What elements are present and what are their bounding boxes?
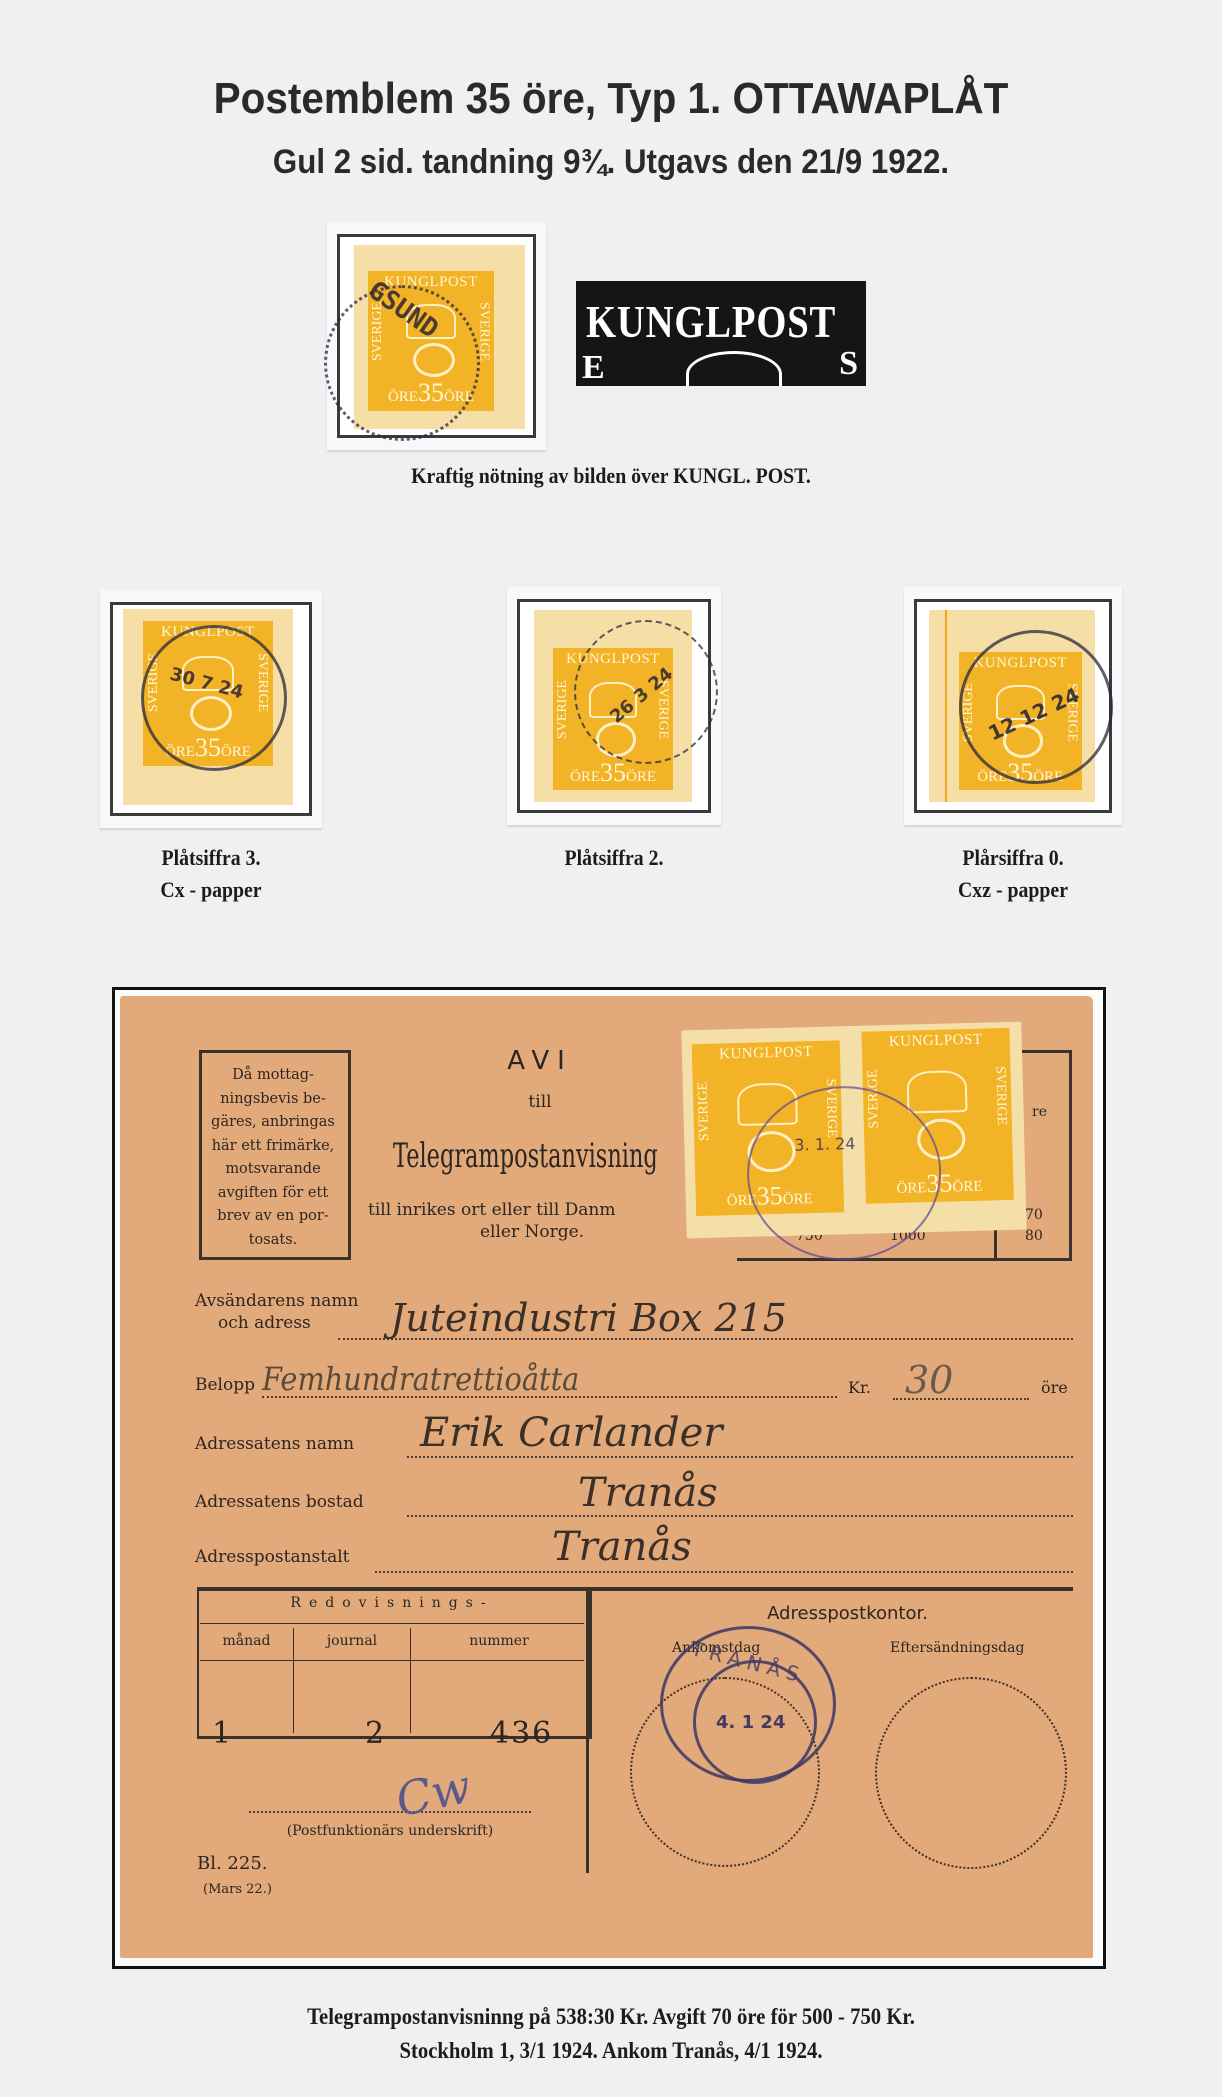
mount-frame: KUNGLPOST SVERIGE SVERIGE ÖRE35ÖRE GSUND [337, 234, 536, 438]
fee-value-70: 70 [1025, 1207, 1043, 1223]
postmark-date: 3. 1. 24 [794, 1134, 856, 1155]
stamp: KUNGLPOST SVERIGE SVERIGE ÖRE35ÖRE 26 3 … [534, 610, 692, 802]
stamp-mount-3: KUNGLPOST SVERIGE SVERIGE ÖRE35ÖRE 12 12… [904, 587, 1122, 825]
vertical-divider [586, 1590, 589, 1873]
form-number: Bl. 225. [197, 1853, 268, 1874]
bottom-caption-line-2: Stockholm 1, 3/1 1924. Ankom Tranås, 4/1… [61, 2034, 1161, 2068]
recipient-label: Adressatens namn [195, 1434, 354, 1454]
stamp-side-text: SVERIGE [991, 1066, 1009, 1126]
sender-value: Juteindustri Box 215 [390, 1296, 787, 1340]
caption-paper: Cx - papper [111, 874, 311, 906]
accounting-header: Redovisnings- [197, 1595, 587, 1611]
col-header-month: månad [200, 1633, 293, 1649]
signature-line [249, 1811, 531, 1813]
caption-plate-number: Plåtsiffra 2. [518, 842, 711, 874]
page-title: Postemblem 35 öre, Typ 1. OTTAWAPLÅT [49, 74, 1173, 124]
table-rule [200, 1660, 584, 1661]
enlargement-text: KUNGLPOST [586, 295, 836, 348]
value-number: 436 [490, 1716, 553, 1751]
fee-col-header: re [1032, 1104, 1047, 1120]
table-rule [200, 1623, 584, 1624]
recipient-value: Erik Carlander [420, 1410, 722, 1456]
post-office-field-line [375, 1571, 1073, 1573]
col-header-journal: journal [294, 1633, 410, 1649]
stamp: KUNGLPOST SVERIGE SVERIGE ÖRE35ÖRE 30 7 … [123, 609, 293, 805]
sender-label: Avsändarens namn och adress [195, 1290, 358, 1334]
card-form-subtitle-2: eller Norge. [480, 1222, 584, 1242]
address-office-title: Adresspostkontor. [700, 1603, 995, 1624]
fee-value-80: 80 [1025, 1228, 1043, 1244]
stamp-top-text: KUNGLPOST [692, 1044, 840, 1065]
crown-icon [907, 1070, 967, 1113]
mount-frame: KUNGLPOST SVERIGE SVERIGE ÖRE35ÖRE 30 7 … [110, 602, 312, 816]
card-form-subtitle: till inrikes ort eller till Danm [368, 1200, 616, 1220]
mount-frame: KUNGLPOST SVERIGE SVERIGE ÖRE35ÖRE 12 12… [914, 599, 1112, 813]
enlargement-image: KUNGLPOST E S [576, 281, 866, 386]
form-date: (Mars 22.) [203, 1882, 272, 1897]
page-subtitle: Gul 2 sid. tandning 9¾. Utgavs den 21/9 … [49, 143, 1173, 182]
card-till: till [440, 1092, 640, 1112]
stamp-mount-2: KUNGLPOST SVERIGE SVERIGE ÖRE35ÖRE 26 3 … [507, 587, 721, 825]
stamp-side-text: SVERIGE [555, 680, 571, 739]
postmark [141, 625, 287, 771]
value-journal: 2 [365, 1716, 384, 1751]
card-heading: AVI [440, 1046, 640, 1076]
amount-label: Belopp [195, 1375, 255, 1395]
stamp-mount-top: KUNGLPOST SVERIGE SVERIGE ÖRE35ÖRE GSUND [327, 222, 546, 450]
enlargement-letter-e: E [582, 349, 605, 386]
residence-value: Tranås [578, 1470, 718, 1516]
stamp-pair: KUNGLPOST SVERIGE SVERIGE ÖRE35ÖRE KUNGL… [681, 1022, 1026, 1239]
col-header-number: nummer [411, 1633, 587, 1649]
value-month: 1 [212, 1716, 231, 1751]
residence-field-line [407, 1515, 1073, 1517]
arrival-postmark-date: 4. 1 24 [716, 1712, 785, 1733]
instruction-text: Då mottag-ningsbevis be-gäres, anbringas… [202, 1064, 344, 1252]
caption-plate-number: Plårsiffra 0. [915, 842, 1111, 874]
ore-label: öre [1041, 1378, 1068, 1397]
forward-label: Eftersändningsdag [890, 1640, 1024, 1656]
bottom-caption: Telegrampostanvisninng på 538:30 Kr. Avg… [61, 2000, 1161, 2068]
stamp: KUNGLPOST SVERIGE SVERIGE ÖRE35ÖRE GSUND [354, 245, 525, 429]
caption-paper: Cxz - papper [915, 874, 1111, 906]
plate-line [945, 610, 947, 802]
kr-label: Kr. [848, 1378, 871, 1397]
post-office-label: Adresspostanstalt [195, 1547, 350, 1567]
amount-value: Femhundratrettioåtta [262, 1360, 579, 1398]
crown-detail-icon [686, 351, 782, 386]
caption-plate-number: Plåtsiffra 3. [111, 842, 311, 874]
recipient-field-line [407, 1456, 1073, 1458]
stamp-caption-2: Plåtsiffra 2. [518, 842, 711, 874]
ore-value: 30 [905, 1358, 953, 1402]
residence-label: Adressatens bostad [195, 1492, 364, 1512]
stamp-side-text: SVERIGE [696, 1082, 714, 1142]
forward-date-circle [875, 1677, 1067, 1869]
enlargement-letter-s: S [839, 345, 858, 383]
top-caption: Kraftig nötning av bilden över KUNGL. PO… [61, 460, 1161, 492]
stamp-top-text: KUNGLPOST [862, 1031, 1010, 1052]
bottom-caption-line-1: Telegrampostanvisninng på 538:30 Kr. Avg… [61, 2000, 1161, 2034]
signature-label: (Postfunktionärs underskrift) [249, 1823, 531, 1839]
stamp-caption-1: Plåtsiffra 3. Cx - papper [111, 842, 311, 906]
card-form-title: Telegrampostanvisning [393, 1136, 658, 1176]
mount-frame: KUNGLPOST SVERIGE SVERIGE ÖRE35ÖRE 26 3 … [517, 599, 711, 813]
stamp: KUNGLPOST SVERIGE SVERIGE ÖRE35ÖRE 12 12… [929, 610, 1095, 802]
post-office-value: Tranås [552, 1524, 692, 1570]
stamp-caption-3: Plårsiffra 0. Cxz - papper [915, 842, 1111, 906]
stamp-mount-1: KUNGLPOST SVERIGE SVERIGE ÖRE35ÖRE 30 7 … [100, 590, 322, 828]
